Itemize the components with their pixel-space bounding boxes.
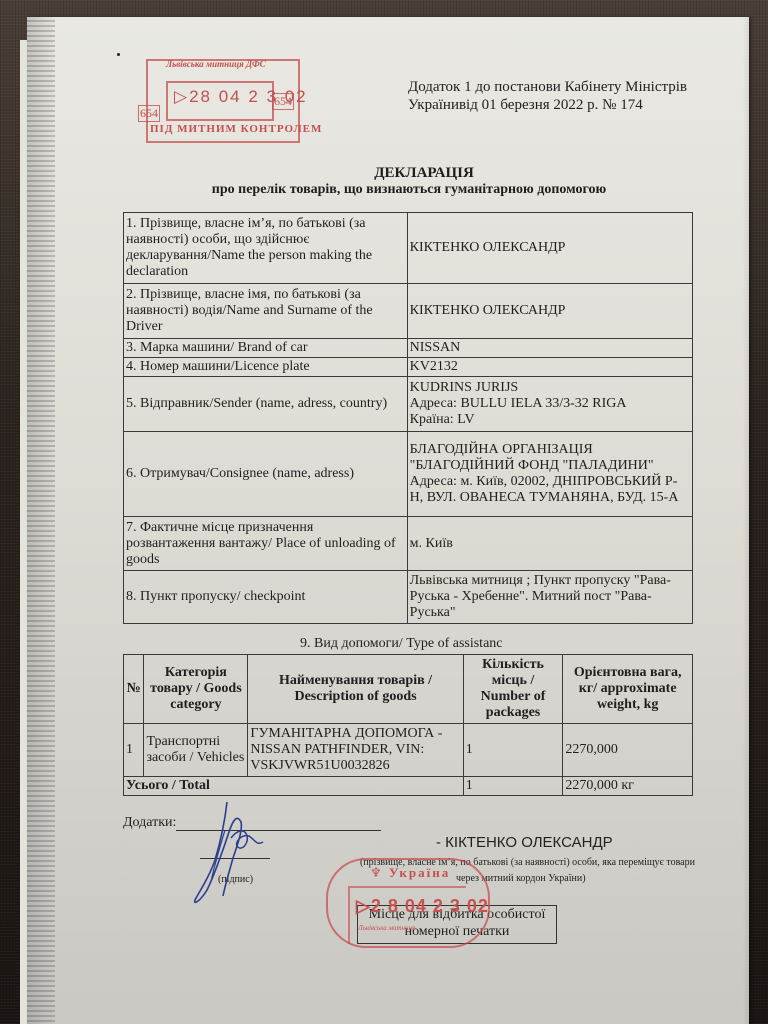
header-note-line2: Українивід 01 березня 2022 р. № 174 bbox=[408, 96, 687, 114]
row-label: 4. Номер машини/Licence plate bbox=[124, 358, 408, 377]
total-label: Усього / Total bbox=[124, 777, 464, 796]
cell-number: 1 bbox=[124, 724, 144, 777]
ink-dot bbox=[117, 53, 120, 56]
table-row: 6. Отримувач/Consignee (name, adress) БЛ… bbox=[124, 432, 693, 517]
consignee-address: Адреса: м. Київ, 02002, ДНІПРОВСЬКИЙ Р-Н… bbox=[410, 474, 690, 506]
table-row: 2. Прізвище, власне імя, по батькові (за… bbox=[124, 284, 693, 339]
row-value: KUDRINS JURIJS Адреса: BULLU IELA 33/3-3… bbox=[407, 377, 692, 432]
cell-packages: 1 bbox=[463, 724, 563, 777]
handwritten-signature-icon bbox=[185, 800, 275, 910]
table-row: 7. Фактичне місце призначення розвантаже… bbox=[124, 517, 693, 571]
row-value: КІКТЕНКО ОЛЕКСАНДР bbox=[407, 284, 692, 339]
cell-weight: 2270,000 bbox=[563, 724, 693, 777]
stamp-organization: Львівська митниця ДФС bbox=[166, 59, 266, 69]
row-value: Львівська митниця ; Пункт пропуску "Рава… bbox=[407, 571, 692, 624]
row-value: м. Київ bbox=[407, 517, 692, 571]
row-label: 8. Пункт пропуску/ checkpoint bbox=[124, 571, 408, 624]
sender-country: Країна: LV bbox=[410, 412, 690, 428]
table-header-row: № Категорія товару / Goods category Найм… bbox=[124, 655, 693, 724]
customs-stamp-top: Львівська митниця ДФС ▷28 04 2 3 02 654 … bbox=[138, 55, 298, 145]
document-title: ДЕКЛАРАЦІЯ bbox=[0, 165, 768, 182]
customs-stamp-bottom: ♆ Україна ▷2 8 04 2 3 02 Львівська митни… bbox=[326, 858, 490, 948]
stamp-number-right: 654 bbox=[272, 93, 294, 110]
document-subtitle: про перелік товарів, що визнаються гуман… bbox=[0, 182, 768, 198]
goods-table: № Категорія товару / Goods category Найм… bbox=[123, 654, 693, 796]
row-value: NISSAN bbox=[407, 339, 692, 358]
total-weight: 2270,000 кг bbox=[563, 777, 693, 796]
consignee-name: "БЛАГОДІЙНИЙ ФОНД "ПАЛАДИНИ" bbox=[410, 458, 690, 474]
sender-address: Адреса: BULLU IELA 33/3-32 RIGA bbox=[410, 396, 690, 412]
header-note: Додаток 1 до постанови Кабінету Міністрі… bbox=[408, 78, 687, 114]
row-label: 5. Відправник/Sender (name, adress, coun… bbox=[124, 377, 408, 432]
table-row: 1. Прізвище, власне ім’я, по батькові (з… bbox=[124, 213, 693, 284]
column-header: Категорія товару / Goods category bbox=[144, 655, 248, 724]
declarant-name: - КІКТЕНКО ОЛЕКСАНДР bbox=[436, 834, 613, 851]
stamp-caption: ПІД МИТНИМ КОНТРОЛЕМ bbox=[150, 123, 322, 135]
table-row: 1 Транспортні засоби / Vehicles ГУМАНІТА… bbox=[124, 724, 693, 777]
row-label: 7. Фактичне місце призначення розвантаже… bbox=[124, 517, 408, 571]
table-row: 3. Марка машини/ Brand of car NISSAN bbox=[124, 339, 693, 358]
table-row: 8. Пункт пропуску/ checkpoint Львівська … bbox=[124, 571, 693, 624]
stamp-country: ♆ Україна bbox=[370, 865, 450, 881]
cell-description: ГУМАНІТАРНА ДОПОМОГА - NISSAN PATHFINDER… bbox=[248, 724, 463, 777]
cell-category: Транспортні засоби / Vehicles bbox=[144, 724, 248, 777]
assistance-caption: 9. Вид допомоги/ Type of assistanc bbox=[300, 636, 503, 652]
row-value: БЛАГОДІЙНА ОРГАНІЗАЦІЯ "БЛАГОДІЙНИЙ ФОНД… bbox=[407, 432, 692, 517]
row-value: КІКТЕНКО ОЛЕКСАНДР bbox=[407, 213, 692, 284]
declaration-info-table: 1. Прізвище, власне ім’я, по батькові (з… bbox=[123, 212, 693, 624]
total-packages: 1 bbox=[463, 777, 563, 796]
trident-icon: ♆ bbox=[370, 865, 389, 880]
row-label: 3. Марка машини/ Brand of car bbox=[124, 339, 408, 358]
row-label: 2. Прізвище, власне імя, по батькові (за… bbox=[124, 284, 408, 339]
column-header: Найменування товарів / Description of go… bbox=[248, 655, 463, 724]
stamp-organization: Львівська митниця bbox=[358, 924, 415, 932]
consignee-org-type: БЛАГОДІЙНА ОРГАНІЗАЦІЯ bbox=[410, 442, 690, 458]
column-header: № bbox=[124, 655, 144, 724]
stamp-number-left: 654 bbox=[138, 105, 160, 122]
sender-name: KUDRINS JURIJS bbox=[410, 380, 690, 396]
column-header: Орієнтовна вага, кг/ approximate weight,… bbox=[563, 655, 693, 724]
appendix-label: Додатки: bbox=[123, 815, 176, 830]
column-header: Кількість місць / Number of packages bbox=[463, 655, 563, 724]
row-value: KV2132 bbox=[407, 358, 692, 377]
table-row: 4. Номер машини/Licence plate KV2132 bbox=[124, 358, 693, 377]
table-row: 5. Відправник/Sender (name, adress, coun… bbox=[124, 377, 693, 432]
row-label: 1. Прізвище, власне ім’я, по батькові (з… bbox=[124, 213, 408, 284]
stamp-date-code: ▷2 8 04 2 3 02 bbox=[356, 896, 489, 917]
row-label: 6. Отримувач/Consignee (name, adress) bbox=[124, 432, 408, 517]
header-note-line1: Додаток 1 до постанови Кабінету Міністрі… bbox=[408, 78, 687, 96]
table-total-row: Усього / Total 1 2270,000 кг bbox=[124, 777, 693, 796]
stamp-country-text: Україна bbox=[389, 865, 450, 880]
